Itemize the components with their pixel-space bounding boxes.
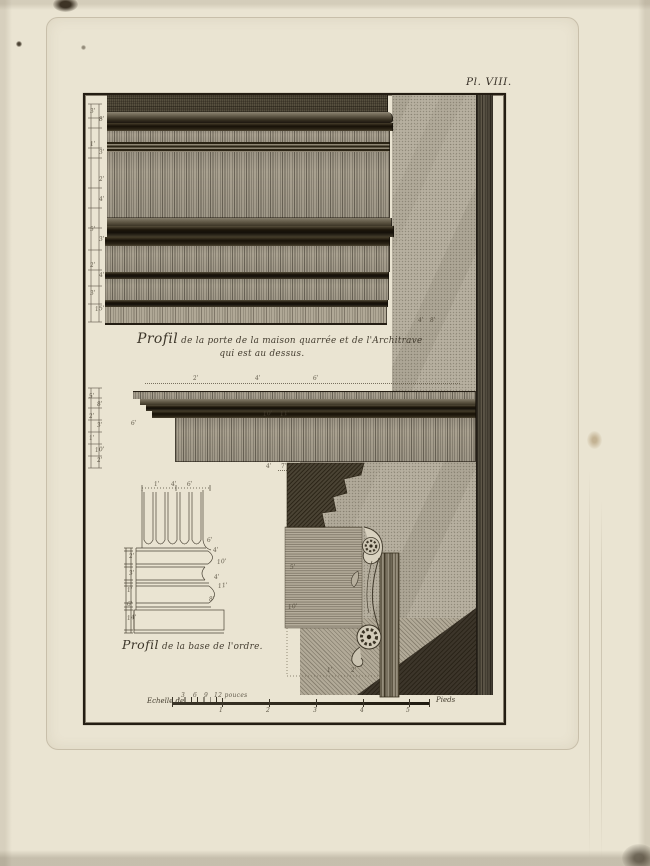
base-caption-rest: de la base de l'ordre. [159, 642, 263, 652]
ink-spot [16, 41, 22, 47]
base-caption-lead: Profil [122, 637, 159, 652]
corner-shadow [622, 844, 650, 866]
cornice-fascia-strip [107, 131, 390, 142]
paper-wrinkle [589, 470, 590, 860]
dimension-ladder-lower [86, 386, 108, 470]
door-moulding-step-3 [152, 411, 476, 418]
cornice-dark-fillet [107, 123, 393, 131]
dimension-ladder-top [86, 100, 108, 326]
architrave-fillet-1 [105, 272, 389, 279]
main-caption-line2: qui est au dessus. [137, 349, 387, 359]
main-caption-rest: de la porte de la maison quarrée et de l… [178, 336, 422, 346]
architrave-fascia-3 [105, 307, 387, 323]
console-bracket-detail [280, 455, 480, 700]
main-caption-lead: Profil [137, 331, 178, 347]
engraved-plate-page: Pl. VIII. [0, 0, 650, 866]
frieze-base-moulding [107, 226, 394, 237]
scale-tick [363, 699, 364, 707]
scale-unit-label: Pieds [436, 696, 455, 704]
diagonal-shadow [357, 608, 476, 695]
column-base-profile [98, 478, 263, 660]
scale-tick [429, 699, 430, 707]
cornice-cyma-moulding [107, 112, 393, 123]
architrave-fascia-2 [105, 279, 389, 300]
scale-bar-minor-ticks [172, 697, 222, 702]
plate-number-label: Pl. VIII. [466, 76, 512, 88]
cornice-triple-fillets [107, 142, 390, 152]
architrave-crown-moulding [105, 237, 390, 246]
scale-tick [316, 699, 317, 707]
architrave-bottom-line [105, 323, 387, 325]
scale-tick [222, 698, 223, 707]
hatched-block [285, 527, 362, 628]
dimension-dotted-line-top [145, 383, 460, 384]
main-caption-line1: Profil de la porte de la maison quarrée … [137, 328, 387, 347]
architrave-fascia-1 [105, 246, 390, 272]
cornice-top-band [107, 95, 388, 112]
pilaster-strip [380, 553, 399, 697]
base-caption: Profil de la base de l'ordre. [122, 634, 263, 653]
scale-tick [172, 699, 173, 707]
paper-stain [587, 431, 602, 449]
scale-tick [409, 699, 410, 707]
scale-bar-line [172, 702, 430, 705]
architrave-fillet-2 [105, 300, 388, 307]
door-cap-band [133, 391, 476, 399]
taenia-moulding [107, 218, 392, 226]
scale-tick [269, 699, 270, 707]
stippled-wall-upper [392, 95, 476, 392]
ink-spot [53, 0, 78, 12]
scroll-tail [352, 647, 363, 666]
broken-edge-shadow [287, 463, 364, 527]
frieze-fascia [107, 152, 390, 218]
paper-wrinkle [601, 500, 602, 860]
